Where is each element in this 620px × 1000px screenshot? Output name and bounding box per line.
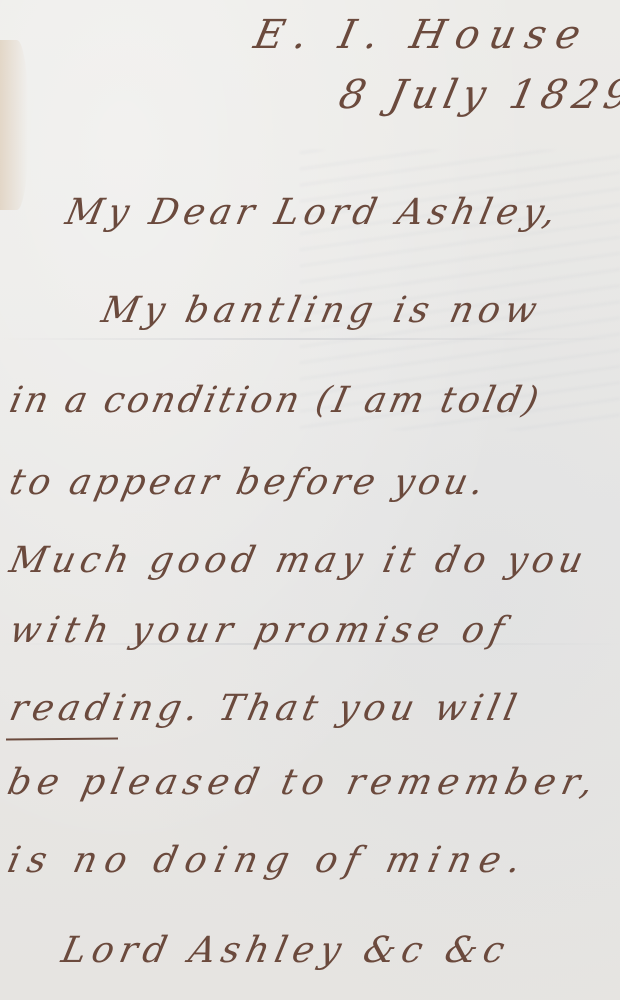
letter-body-line: Much good may it do you (6, 540, 592, 581)
letter-place: E. I. House (250, 12, 595, 58)
letter-body-line: reading. That you will (6, 688, 525, 729)
letter-body-line: with your promise of (6, 610, 514, 651)
letter-body-line: be pleased to remember, (4, 762, 603, 803)
letter-page: E. I. House 8 July 1829 My Dear Lord Ash… (0, 0, 620, 1000)
letter-body-line: My bantling is now (98, 290, 545, 331)
paper-fold-line (0, 338, 620, 340)
letter-date: 8 July 1829 (335, 72, 620, 118)
underline-reading (6, 738, 118, 741)
paper-stain (0, 40, 28, 210)
letter-body-line: in a condition (I am told) (6, 380, 545, 421)
letter-body-line: to appear before you. (6, 462, 491, 503)
letter-body-line: is no doing of mine. (4, 840, 532, 881)
letter-addressee-footer: Lord Ashley &c &c (58, 930, 514, 971)
letter-salutation: My Dear Lord Ashley, (62, 192, 564, 233)
